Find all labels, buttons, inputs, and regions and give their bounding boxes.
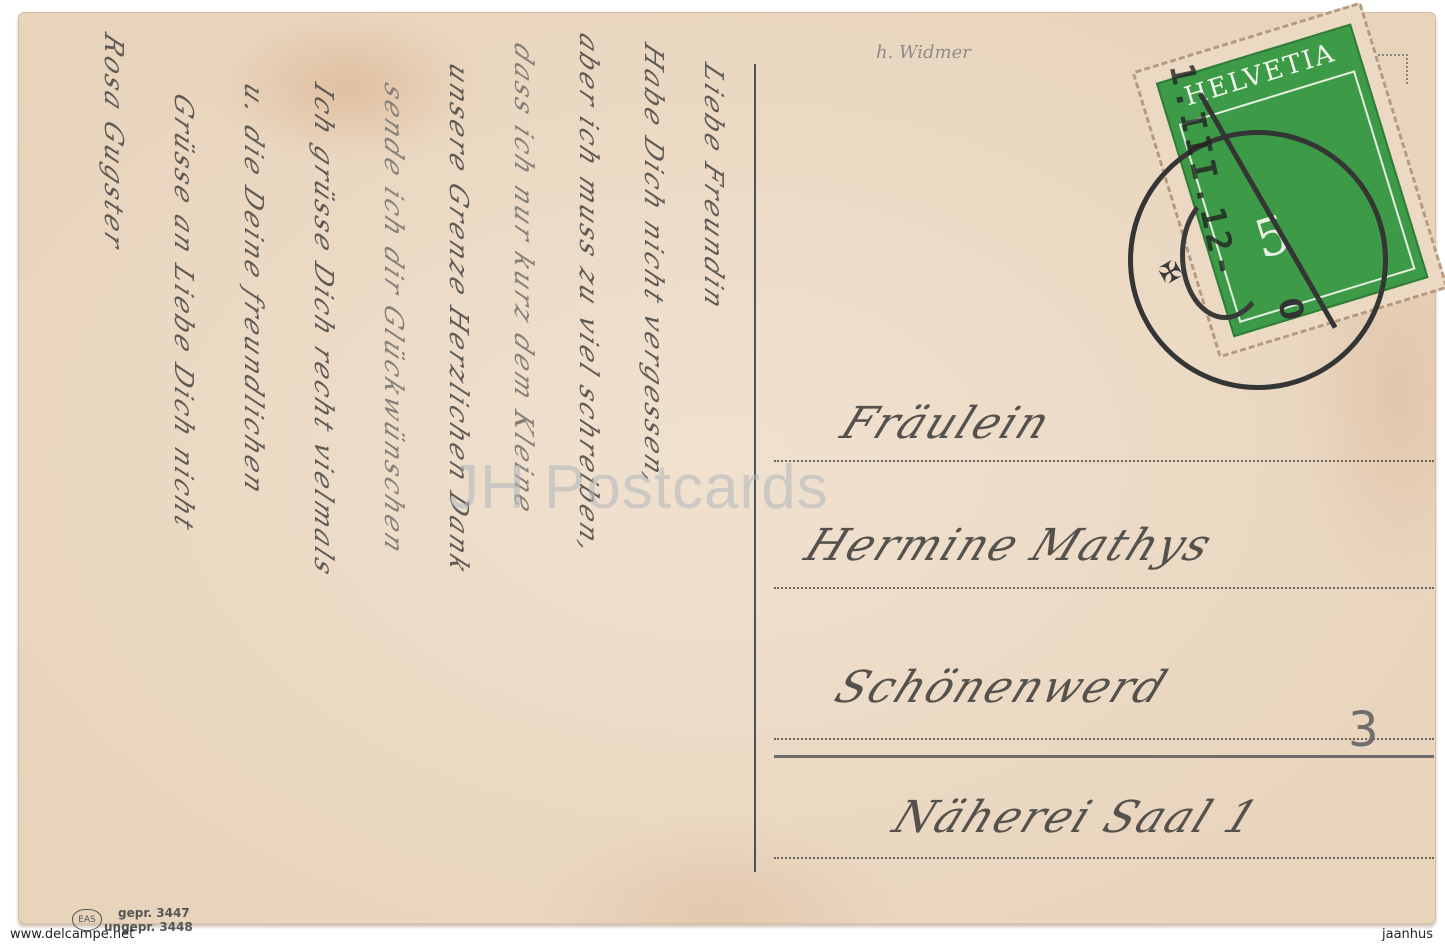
address-line-1: Fräulein (834, 398, 1059, 449)
address-line-3: Schönenwerd (828, 662, 1176, 713)
print-code-1: gepr. 3447 (118, 906, 190, 920)
message-line: dass ich nur kurz dem Kleine (508, 38, 538, 521)
message-line: Rosa Gugster (98, 28, 128, 256)
address-line-2: Hermine Mathys (798, 520, 1221, 571)
message-line: Liebe Freundin (698, 58, 728, 316)
address-rule-1 (774, 460, 1434, 462)
address-rule-3-solid (774, 755, 1434, 758)
message-line: u. die Deine freundlichen (238, 78, 268, 501)
address-line-4: Näherei Saal 1 (886, 792, 1268, 843)
sorting-number: 3 (1348, 702, 1379, 758)
address-rule-4 (774, 857, 1434, 859)
address-rule-2 (774, 587, 1434, 589)
message-line: sende ich dir Glückwünschen (378, 78, 408, 561)
pencil-note: h. Widmer (876, 42, 971, 63)
footer-left-credit: www.delcampe.net (10, 927, 134, 942)
message-line: Ich grüsse Dich recht vielmals (308, 78, 338, 583)
watermark: JH Postcards (448, 452, 829, 523)
footer-right-credit: jaanhus (1382, 927, 1433, 942)
address-rule-3 (774, 738, 1434, 740)
message-line: Grüsse an Liebe Dich nicht (168, 88, 198, 538)
message-line: Habe Dich nicht vergessen, (638, 38, 668, 494)
